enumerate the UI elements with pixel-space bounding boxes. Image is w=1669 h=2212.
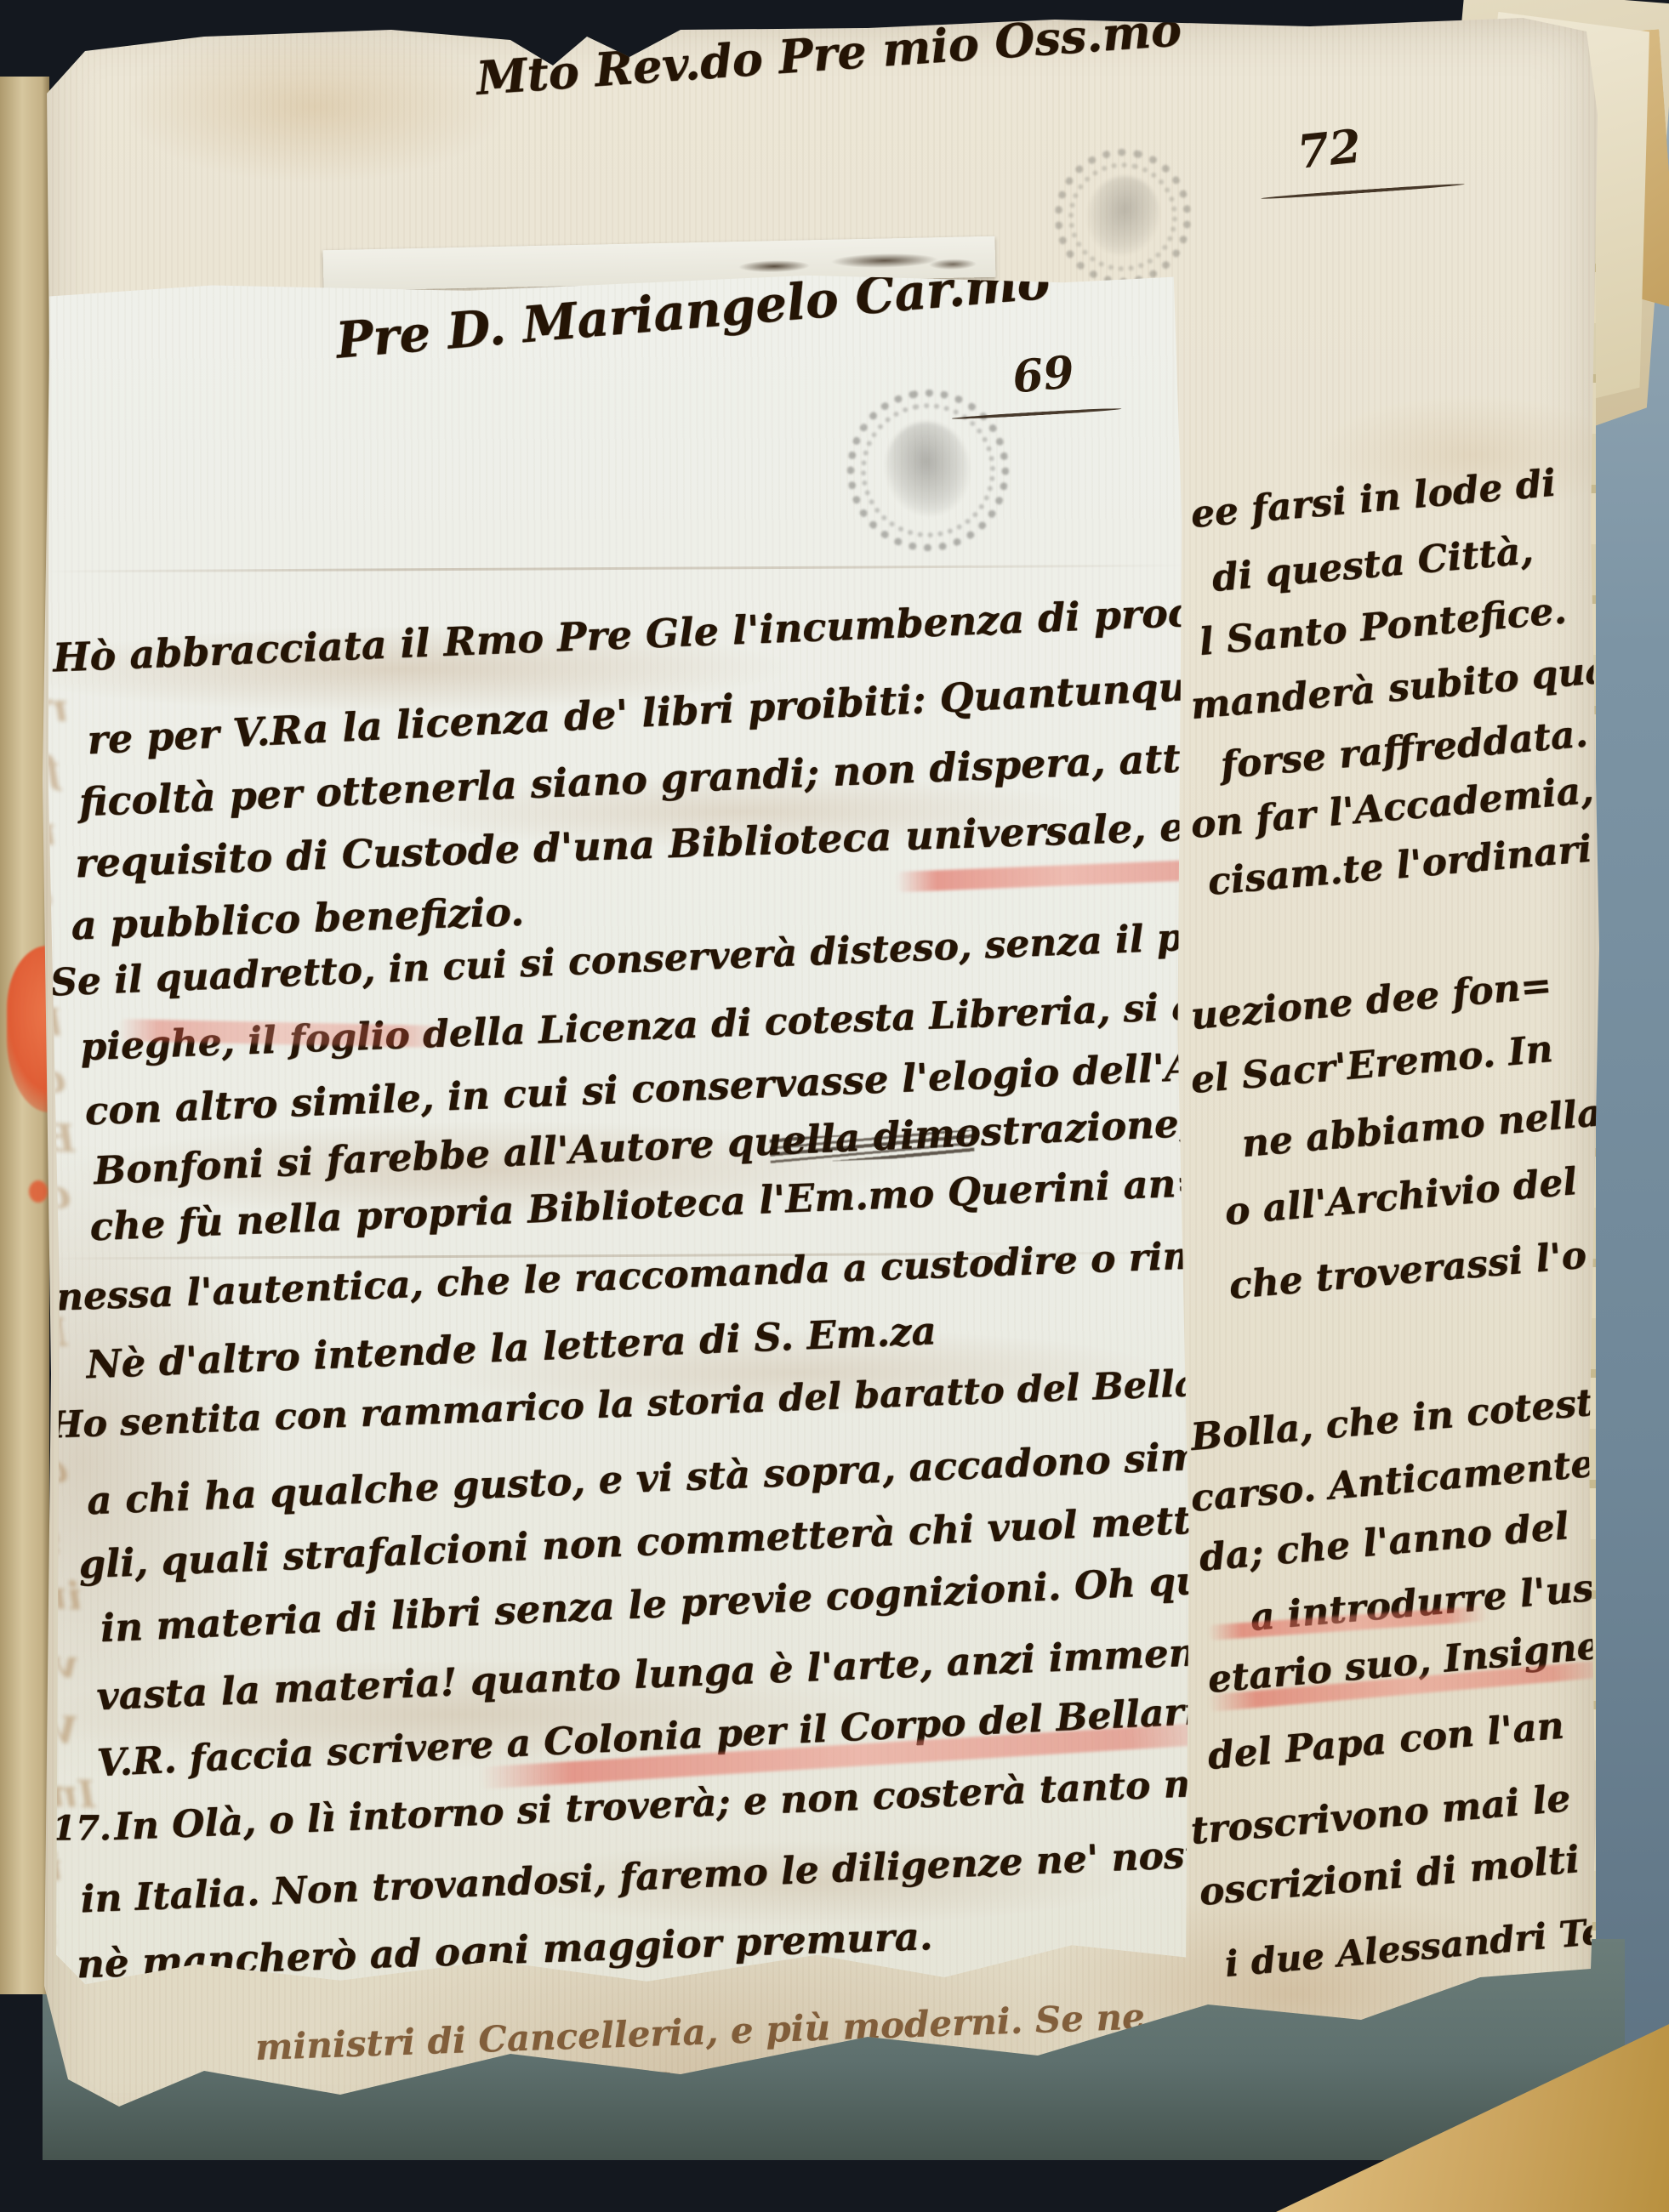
under-page-line: ne abbiamo nella <box>1240 1091 1603 1166</box>
letter-line: Nè d'altro intende la lettera di S. Em.z… <box>85 1308 937 1387</box>
under-page-line: troscrivono mai le <box>1189 1777 1572 1853</box>
under-page-line: l Santo Pontefice. <box>1198 589 1569 664</box>
under-page-line: ee farsi in lode di <box>1189 462 1558 537</box>
margin-note: 17. <box>52 1808 111 1848</box>
under-page-line: di questa Città, <box>1210 529 1535 600</box>
letter-salutation: Mto Rev.do Pre mio Oss.mo <box>475 2 1183 105</box>
overlay-sheet-folio-69: Pre D. Mariangelo Car.mo 69 Hò abbraccia… <box>43 264 1196 1993</box>
fold-crease <box>44 564 1188 572</box>
folio-number-72: 72 <box>1295 118 1364 179</box>
under-page-line: che troverassi l'o <box>1228 1233 1588 1308</box>
under-page-line: da; che l'anno del <box>1198 1504 1571 1580</box>
folio-number-69: 69 <box>1011 346 1077 403</box>
red-wax-speck <box>29 1180 48 1203</box>
under-page-line: o all'Archivio del <box>1223 1160 1579 1234</box>
letter-line: a pubblico benefizio. <box>71 889 525 949</box>
under-page-line: el Sacr'Eremo. In <box>1189 1027 1555 1102</box>
ink-stamp <box>1040 134 1205 299</box>
under-page-line: del Papa con l'an <box>1206 1703 1566 1777</box>
folio-number-underline <box>1261 183 1465 201</box>
under-page-line: uezione dee fon= <box>1189 964 1553 1038</box>
manuscript-scan: Mto Rev.do Pre mio Oss.mo 72 ee farsi in… <box>0 0 1669 2212</box>
under-page-line: oscrizioni di molti <box>1198 1838 1581 1914</box>
ink-stamp <box>834 377 1022 565</box>
